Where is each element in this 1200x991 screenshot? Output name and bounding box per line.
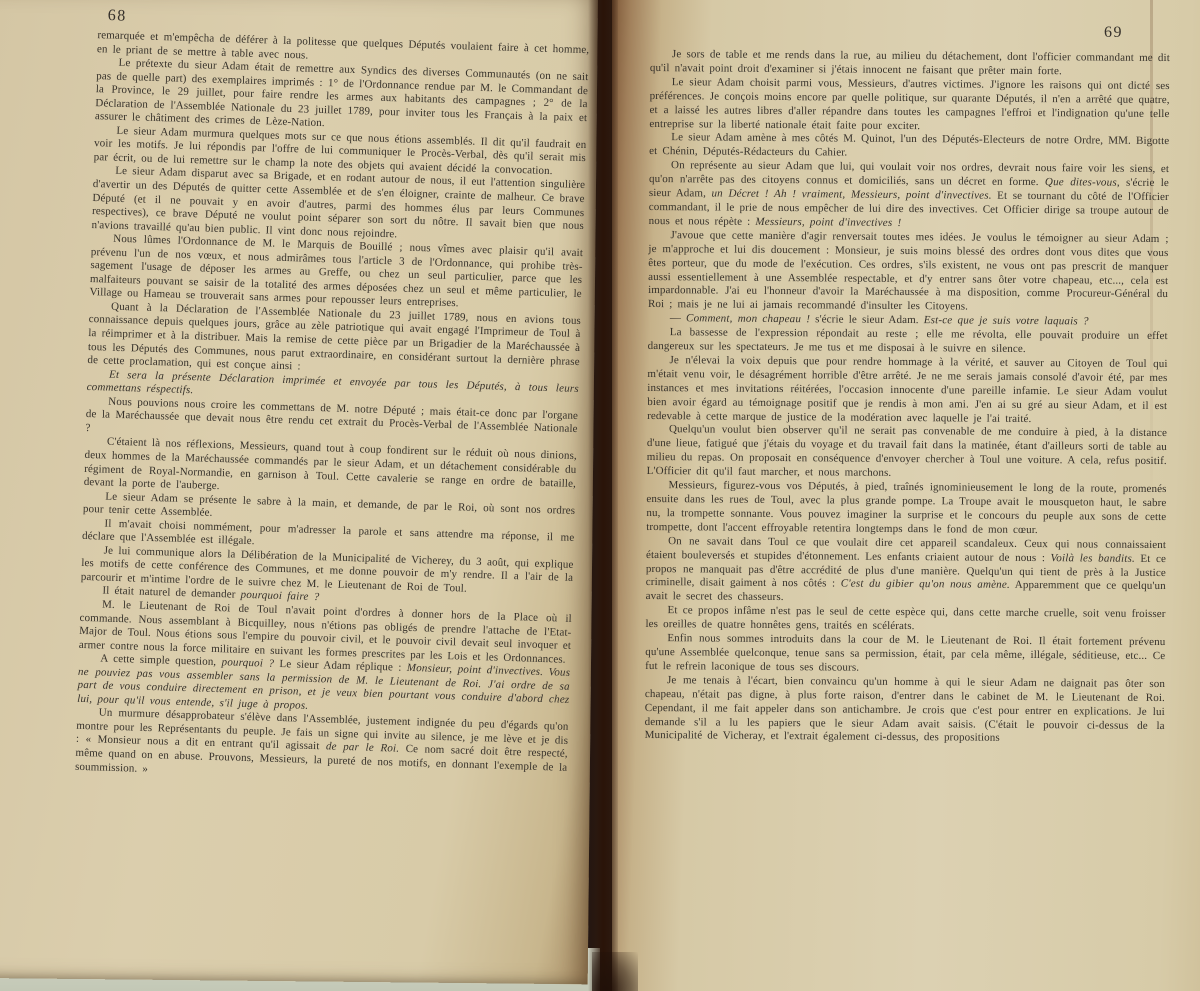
paragraph: On ne savait dans Toul ce que voulait di… — [646, 535, 1167, 609]
left-page: 68 remarquée et m'empêcha de déférer à l… — [0, 0, 598, 984]
text-run: — — [670, 312, 686, 324]
paragraph: Un murmure désapprobateur s'élève dans l… — [75, 706, 569, 789]
text-run: Messieurs, figurez-vous vos Députés, à p… — [646, 479, 1166, 536]
text-run: Je sors de table et me rends dans la rue… — [650, 48, 1170, 77]
text-run: Je me tenais à l'écart, bien convaincu q… — [645, 674, 1166, 744]
page-number-left: 68 — [107, 7, 127, 26]
paragraph: Quelqu'un voulut bien observer qu'il ne … — [647, 423, 1167, 483]
text-run: Le sieur Adam choisit parmi vous, Messie… — [649, 76, 1169, 132]
italic-text-run: pourquoi ? — [221, 656, 274, 670]
text-run: remarquée et m'empêcha de déférer à la p… — [97, 29, 590, 61]
text-run: Quelqu'un voulut bien observer qu'il ne … — [647, 424, 1167, 479]
text-run: Je n'élevai la voix depuis que pour rend… — [647, 354, 1168, 424]
right-page: 69 Je sors de table et me rends dans la … — [612, 0, 1200, 991]
paragraph: Messieurs, figurez-vous vos Députés, à p… — [646, 479, 1166, 539]
italic-text-run: pourquoi faire ? — [240, 589, 319, 603]
paragraph: Le sieur Adam amène à mes côtés M. Quino… — [649, 131, 1169, 163]
left-page-text: remarquée et m'empêcha de déférer à la p… — [75, 29, 590, 789]
paragraph: Le sieur Adam choisit parmi vous, Messie… — [649, 76, 1169, 136]
text-run: Le sieur Adam disparut avec sa Brigade, … — [91, 165, 585, 240]
italic-text-run: Comment, mon chapeau ! — [686, 313, 810, 326]
page-number-right: 69 — [1104, 24, 1123, 42]
italic-text-run: de par le Roi. — [326, 741, 400, 755]
paragraph: Enfin nous sommes introduits dans la cou… — [645, 632, 1165, 678]
italic-text-run: un Décret ! Ah ! vraiment, Messieurs, po… — [711, 188, 991, 202]
text-run: Enfin nous sommes introduits dans la cou… — [645, 632, 1165, 673]
text-run: Et ce propos infâme n'est pas le seul de… — [645, 604, 1165, 632]
paragraph: On représente au sieur Adam que lui, qui… — [649, 159, 1170, 233]
paragraph: J'avoue que cette manière d'agir renvers… — [648, 229, 1169, 317]
italic-text-run: Voilà les bandits. — [1051, 552, 1135, 565]
text-run: Le sieur Adam amène à mes côtés M. Quino… — [649, 132, 1169, 159]
paragraph: La bassesse de l'expression répondait au… — [648, 326, 1168, 358]
text-run: J'avoue que cette manière d'agir renvers… — [648, 229, 1169, 313]
text-run: s'écrie le sieur Adam. — [810, 313, 924, 326]
right-page-text: Je sors de table et me rends dans la rue… — [645, 48, 1170, 747]
paragraph: Je sors de table et me rends dans la rue… — [650, 48, 1170, 80]
paragraph: Je me tenais à l'écart, bien convaincu q… — [645, 674, 1166, 748]
text-run: Nous lûmes l'Ordonnance de M. le Marquis… — [89, 233, 583, 310]
italic-text-run: Est-ce que je suis votre laquais ? — [924, 314, 1089, 327]
italic-text-run: C'est du gibier qu'on nous amène. — [841, 578, 1010, 591]
paragraph: Je n'élevai la voix depuis que pour rend… — [647, 354, 1168, 428]
italic-text-run: Messieurs, point d'invectives ! — [755, 216, 901, 229]
italic-text-run: Que dites-vous — [1045, 176, 1117, 189]
text-run: La bassesse de l'expression répondait au… — [648, 326, 1168, 355]
paragraph: Et ce propos infâme n'est pas le seul de… — [645, 604, 1165, 636]
